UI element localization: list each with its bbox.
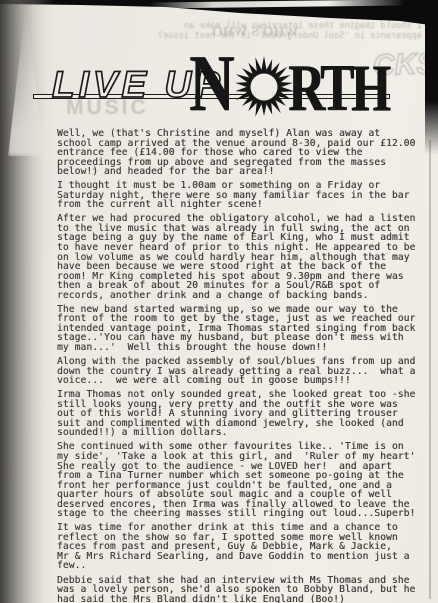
paragraph: Well, we (that's Christine and myself) A… — [57, 129, 429, 177]
scanned-fanzine-page: I should imagine these interviews will m… — [0, 0, 438, 603]
paragraph: The new band started warming up, so we m… — [57, 305, 429, 353]
paragraph: It was time for another drink at this ti… — [57, 523, 429, 571]
page-edge-line — [429, 140, 431, 599]
article-body: Well, we (that's Christine and myself) A… — [57, 129, 429, 603]
paragraph: She continued with some other favourites… — [57, 442, 429, 518]
masthead-north-rth: RTH — [288, 55, 387, 122]
paragraph: Irma Thomas not only sounded great, she … — [57, 390, 429, 438]
paragraph: I thought it must be 1.00am or something… — [57, 181, 429, 210]
paragraph: Debbie said that she had an interview wi… — [57, 576, 429, 603]
scan-edge-right — [425, 0, 438, 155]
starburst-o-icon — [233, 56, 295, 118]
typo-stray-mark: ʺ — [93, 167, 96, 176]
masthead-north-n: N — [189, 44, 234, 124]
paragraph: After we had procured the obligatory alc… — [57, 214, 429, 300]
paragraph: Along with the packed assembly of soul/b… — [57, 357, 429, 386]
